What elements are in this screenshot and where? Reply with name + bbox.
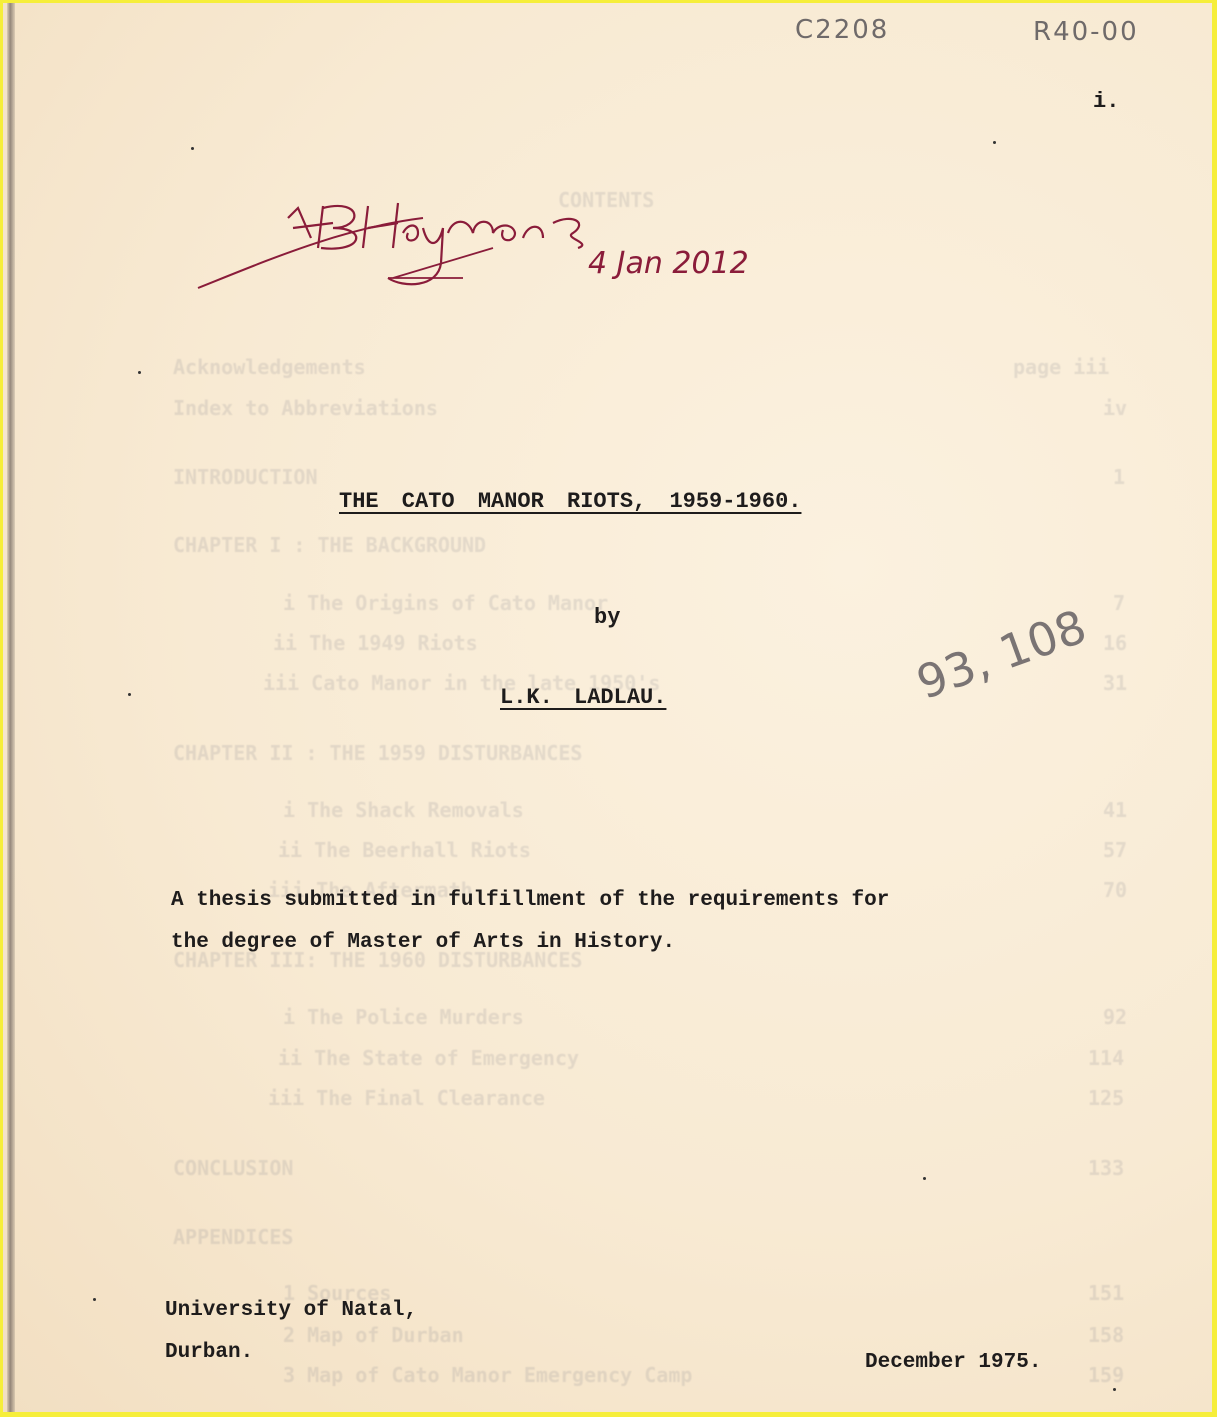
author-name: L.K. LADLAU. xyxy=(500,685,666,710)
ghost-row-left: ii The State of Emergency xyxy=(278,1046,579,1070)
catalog-code: C2208 xyxy=(795,15,889,45)
thesis-title: THE CATO MANOR RIOTS, 1959-1960. xyxy=(339,489,801,514)
thesis-statement-line-2: the degree of Master of Arts in History. xyxy=(171,931,675,954)
ghost-row-left: APPENDICES xyxy=(173,1225,293,1249)
ghost-row-left: Acknowledgements xyxy=(173,355,366,379)
ghost-row-right: 57 xyxy=(1103,838,1127,862)
paper-speck xyxy=(191,147,194,150)
scanned-page: CONTENTS Acknowledgements page iii Index… xyxy=(3,3,1212,1412)
page-number: i. xyxy=(1093,89,1119,114)
institution-city: Durban. xyxy=(165,1341,253,1364)
ghost-row-right: 151 xyxy=(1088,1281,1124,1305)
ghost-row-left: CHAPTER I : THE BACKGROUND xyxy=(173,533,486,557)
ghost-row-left: ii The 1949 Riots xyxy=(273,631,478,655)
svg-text:4 Jan 2012: 4 Jan 2012 xyxy=(588,246,749,281)
svg-text:93, 108: 93, 108 xyxy=(910,599,1093,710)
thesis-statement-line-1: A thesis submitted in fulfillment of the… xyxy=(171,889,889,912)
ghost-row-right: page iii xyxy=(1013,355,1109,379)
ghost-row-left: i The Origins of Cato Manor xyxy=(283,591,608,615)
ghost-row-right: 125 xyxy=(1088,1086,1124,1110)
paper-speck xyxy=(138,371,141,374)
ghost-row-left: Index to Abbreviations xyxy=(173,396,438,420)
ghost-row-left: i The Shack Removals xyxy=(283,798,524,822)
signature: 4 Jan 2012 xyxy=(193,178,893,313)
ghost-row-right: 158 xyxy=(1088,1323,1124,1347)
by-label: by xyxy=(594,605,620,630)
signature-scrawl-icon: 4 Jan 2012 xyxy=(193,178,893,308)
ghost-row-right: 70 xyxy=(1103,878,1127,902)
ghost-row-left: 3 Map of Cato Manor Emergency Camp xyxy=(283,1363,692,1387)
paper-speck xyxy=(1113,1388,1116,1391)
submission-date: December 1975. xyxy=(865,1351,1041,1374)
ghost-row-right: iv xyxy=(1103,396,1127,420)
ghost-row-right: 133 xyxy=(1088,1156,1124,1180)
paper-speck xyxy=(128,693,131,696)
ghost-row-left: ii The Beerhall Riots xyxy=(278,838,531,862)
paper-speck xyxy=(923,1177,926,1180)
ghost-row-left: CHAPTER II : THE 1959 DISTURBANCES xyxy=(173,741,582,765)
paper-speck xyxy=(993,141,996,144)
ghost-row-right: 159 xyxy=(1088,1363,1124,1387)
ghost-row-right: 114 xyxy=(1088,1046,1124,1070)
pencil-note: 93, 108 xyxy=(908,563,1128,728)
ghost-row-left: CONCLUSION xyxy=(173,1156,293,1180)
ghost-row-right: 41 xyxy=(1103,798,1127,822)
ghost-row-left: INTRODUCTION xyxy=(173,465,318,489)
price-note: R40-00 xyxy=(1033,17,1139,47)
ghost-row-right: 1 xyxy=(1113,465,1125,489)
binding-edge-shadow xyxy=(7,3,15,1412)
ghost-row-left: iii The Final Clearance xyxy=(268,1086,545,1110)
paper-speck xyxy=(93,1298,96,1301)
ghost-row-right: 92 xyxy=(1103,1005,1127,1029)
ghost-row-left: i The Police Murders xyxy=(283,1005,524,1029)
institution-name: University of Natal, xyxy=(165,1299,417,1322)
ghost-row-left: 2 Map of Durban xyxy=(283,1323,464,1347)
